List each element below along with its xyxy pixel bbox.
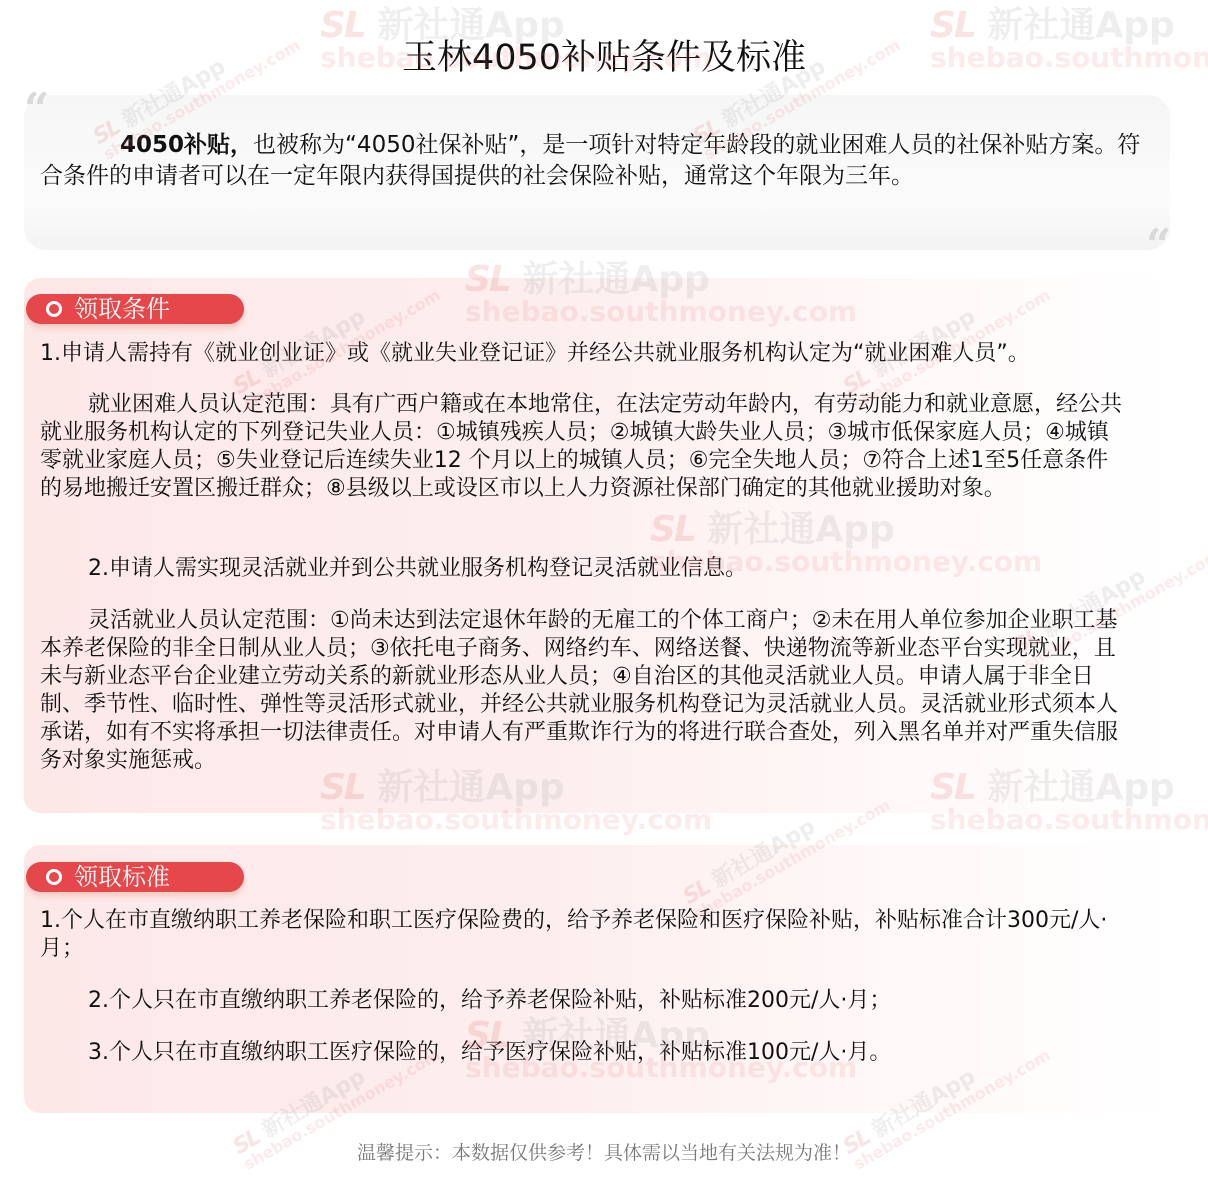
standard-paragraph-3: 3.个人只在市直缴纳职工医疗保险的，给予医疗保险补贴，补贴标准100元/人·月。: [40, 1039, 1130, 1067]
standard-paragraph-2: 2.个人只在市直缴纳职工养老保险的，给予养老保险补贴，补贴标准200元/人·月；: [40, 987, 1130, 1015]
condition-paragraph-4: 灵活就业人员认定范围：①尚未达到法定退休年龄的无雇工的个体工商户；②未在用人单位…: [40, 607, 1130, 775]
conditions-heading-badge: 领取条件: [26, 294, 244, 324]
condition-paragraph-2: 就业困难人员认定范围：具有广西户籍或在本地常住，在法定劳动年龄内，有劳动能力和就…: [40, 391, 1130, 503]
intro-paragraph: 4050补贴，也被称为“4050社保补贴”，是一项针对特定年龄段的就业困难人员的…: [40, 130, 1150, 192]
standard-paragraph-1: 1.个人在市直缴纳职工养老保险和职工医疗保险费的，给予养老保险和医疗保险补贴，补…: [40, 907, 1130, 963]
condition-paragraph-3: 2.申请人需实现灵活就业并到公共就业服务机构登记灵活就业信息。: [40, 555, 1130, 583]
footer-note: 温馨提示：本数据仅供参考！具体需以当地有关法规为准！: [0, 1138, 1208, 1165]
open-quote-icon: “: [24, 88, 49, 132]
standards-heading-badge: 领取标准: [26, 862, 244, 892]
intro-bold-term: 4050补贴，: [120, 132, 253, 158]
condition-paragraph-1: 1.申请人需持有《就业创业证》或《就业失业登记证》并经公共就业服务机构认定为“就…: [40, 340, 1130, 368]
standards-heading: 领取标准: [74, 862, 170, 892]
circle-icon: [46, 869, 62, 885]
page-title: 玉林4050补贴条件及标准: [0, 30, 1208, 80]
close-quote-icon: “: [1146, 224, 1171, 268]
circle-icon: [46, 301, 62, 317]
conditions-heading: 领取条件: [74, 294, 170, 324]
